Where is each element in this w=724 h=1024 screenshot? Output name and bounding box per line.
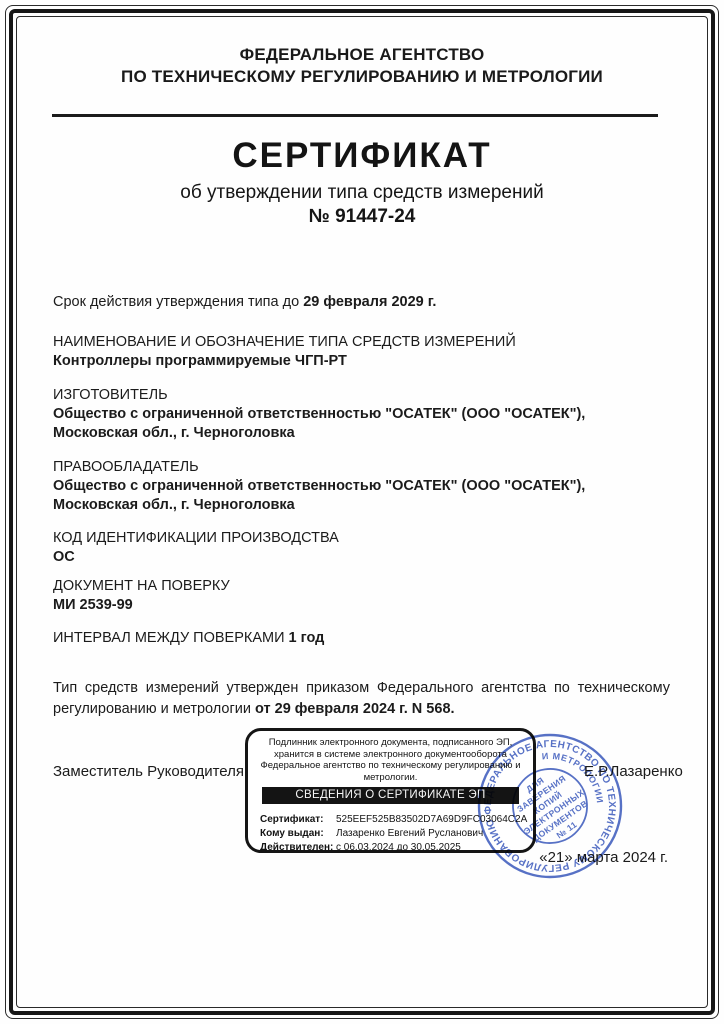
header-divider xyxy=(52,114,658,117)
rights-holder-label: ПРАВООБЛАДАТЕЛЬ xyxy=(53,458,670,477)
esign-issued-label: Кому выдан: xyxy=(260,827,336,841)
round-stamp: ФЕДЕРАЛЬНОЕ АГЕНТСТВО ПО ТЕХНИЧЕСКОМУ РЕ… xyxy=(449,705,650,906)
validity-line: Срок действия утверждения типа до 29 фев… xyxy=(53,293,670,312)
certificate-subtitle: об утверждении типа средств измерений xyxy=(0,182,724,204)
certificate-page: ФЕДЕРАЛЬНОЕ АГЕНТСТВО ПО ТЕХНИЧЕСКОМУ РЕ… xyxy=(0,0,724,1024)
signatory-position: Заместитель Руководителя xyxy=(53,763,244,780)
certificate-title: СЕРТИФИКАТ xyxy=(0,136,724,176)
production-code-value: ОС xyxy=(53,548,670,567)
validity-value: 29 февраля 2029 г. xyxy=(303,294,436,310)
manufacturer-label: ИЗГОТОВИТЕЛЬ xyxy=(53,386,670,405)
rights-holder-line2: Московская обл., г. Черноголовка xyxy=(53,496,670,515)
type-name-value: Контроллеры программируемые ЧГП-РТ xyxy=(53,352,670,371)
agency-line1: ФЕДЕРАЛЬНОЕ АГЕНТСТВО xyxy=(0,44,724,66)
esign-issued-value: Лазаренко Евгений Русланович xyxy=(336,827,483,841)
production-code-label: КОД ИДЕНТИФИКАЦИИ ПРОИЗВОДСТВА xyxy=(53,529,670,548)
agency-line2: ПО ТЕХНИЧЕСКОМУ РЕГУЛИРОВАНИЮ И МЕТРОЛОГ… xyxy=(0,66,724,88)
manufacturer-line1: Общество с ограниченной ответственностью… xyxy=(53,405,670,424)
esign-valid-value: с 06.03.2024 до 30.05.2025 xyxy=(336,841,461,855)
approval-order-bold: от 29 февраля 2024 г. N 568. xyxy=(255,701,455,717)
verification-doc-value: МИ 2539-99 xyxy=(53,596,670,615)
interval-prefix: ИНТЕРВАЛ МЕЖДУ ПОВЕРКАМИ xyxy=(53,630,289,646)
esign-cert-label: Сертификат: xyxy=(260,813,336,827)
esign-valid-label: Действителен: xyxy=(260,841,336,855)
rights-holder-line1: Общество с ограниченной ответственностью… xyxy=(53,477,670,496)
verification-doc-label: ДОКУМЕНТ НА ПОВЕРКУ xyxy=(53,577,670,596)
validity-prefix: Срок действия утверждения типа до xyxy=(53,294,303,310)
interval-line: ИНТЕРВАЛ МЕЖДУ ПОВЕРКАМИ 1 год xyxy=(53,629,670,648)
manufacturer-line2: Московская обл., г. Черноголовка xyxy=(53,424,670,443)
type-name-label: НАИМЕНОВАНИЕ И ОБОЗНАЧЕНИЕ ТИПА СРЕДСТВ … xyxy=(53,333,670,352)
certificate-number: № 91447-24 xyxy=(0,206,724,228)
interval-value: 1 год xyxy=(289,630,325,646)
agency-header: ФЕДЕРАЛЬНОЕ АГЕНТСТВО ПО ТЕХНИЧЕСКОМУ РЕ… xyxy=(0,44,724,88)
